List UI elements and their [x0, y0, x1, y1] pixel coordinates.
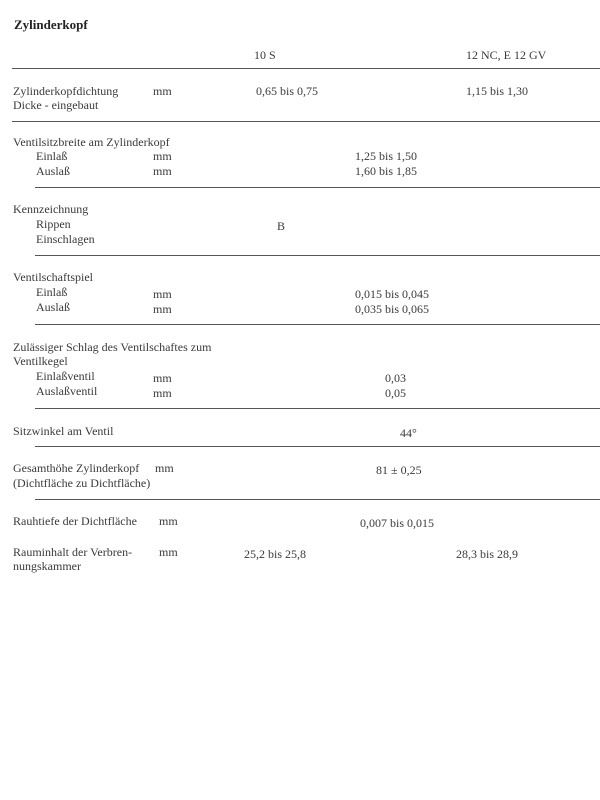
value: 0,03 — [385, 371, 406, 386]
row-label-rauminhalt-cont: nungskammer — [13, 559, 81, 574]
value: 0,05 — [385, 386, 406, 401]
value: 44° — [400, 426, 417, 441]
section-heading-schlag: Zulässiger Schlag des Ventilschaftes zum — [13, 340, 211, 355]
divider — [35, 324, 600, 325]
row-label: Rippen — [36, 217, 71, 232]
unit: mm — [153, 84, 172, 99]
row-label: Auslaß — [36, 164, 70, 179]
page-title: Zylinderkopf — [14, 17, 88, 32]
row-label: Einlaß — [36, 285, 67, 300]
section-heading-ventilschaftspiel: Ventilschaftspiel — [13, 270, 93, 285]
value: 0,035 bis 0,065 — [355, 302, 429, 317]
row-label: Auslaßventil — [36, 384, 97, 399]
row-label: Einlaßventil — [36, 369, 95, 384]
row-label-gesamthoehe: Gesamthöhe Zylinderkopf — [13, 461, 139, 476]
value: 1,60 bis 1,85 — [355, 164, 417, 179]
value-10s: 25,2 bis 25,8 — [244, 547, 306, 562]
value: 0,007 bis 0,015 — [360, 516, 434, 531]
divider — [12, 68, 600, 69]
unit: mm — [153, 164, 172, 179]
unit: mm — [159, 545, 178, 560]
column-header-10s: 10 S — [254, 48, 276, 63]
divider — [35, 446, 600, 447]
divider — [35, 187, 600, 188]
section-heading-ventilsitzbreite: Ventilsitzbreite am Zylinderkopf — [13, 135, 170, 150]
divider — [35, 255, 600, 256]
divider — [35, 408, 600, 409]
value-10s: 0,65 bis 0,75 — [256, 84, 318, 99]
row-label-rauhtiefe: Rauhtiefe der Dichtfläche — [13, 514, 137, 529]
row-label-gesamthoehe-sub: (Dichtfläche zu Dichtfläche) — [13, 476, 150, 491]
value: 0,015 bis 0,045 — [355, 287, 429, 302]
value: 1,25 bis 1,50 — [355, 149, 417, 164]
row-label-dichtung-sub: Dicke - eingebaut — [13, 98, 98, 113]
value: B — [277, 219, 285, 234]
unit: mm — [153, 302, 172, 317]
row-label-rauminhalt: Rauminhalt der Verbren- — [13, 545, 132, 560]
section-heading-kennzeichnung: Kennzeichnung — [13, 202, 88, 217]
value: 81 ± 0,25 — [376, 463, 422, 478]
unit: mm — [153, 386, 172, 401]
row-label: Einlaß — [36, 149, 67, 164]
row-label: Auslaß — [36, 300, 70, 315]
row-label-dichtung: Zylinderkopfdichtung — [13, 84, 118, 99]
unit: mm — [153, 371, 172, 386]
unit: mm — [153, 287, 172, 302]
column-header-12nc: 12 NC, E 12 GV — [466, 48, 546, 63]
divider — [12, 121, 600, 122]
row-label-sitzwinkel: Sitzwinkel am Ventil — [13, 424, 113, 439]
value-12nc: 28,3 bis 28,9 — [456, 547, 518, 562]
row-label: Einschlagen — [36, 232, 95, 247]
value-12nc: 1,15 bis 1,30 — [466, 84, 528, 99]
divider — [35, 499, 600, 500]
section-heading-schlag-cont: Ventilkegel — [13, 354, 68, 369]
unit: mm — [153, 149, 172, 164]
unit: mm — [159, 514, 178, 529]
unit: mm — [155, 461, 174, 476]
